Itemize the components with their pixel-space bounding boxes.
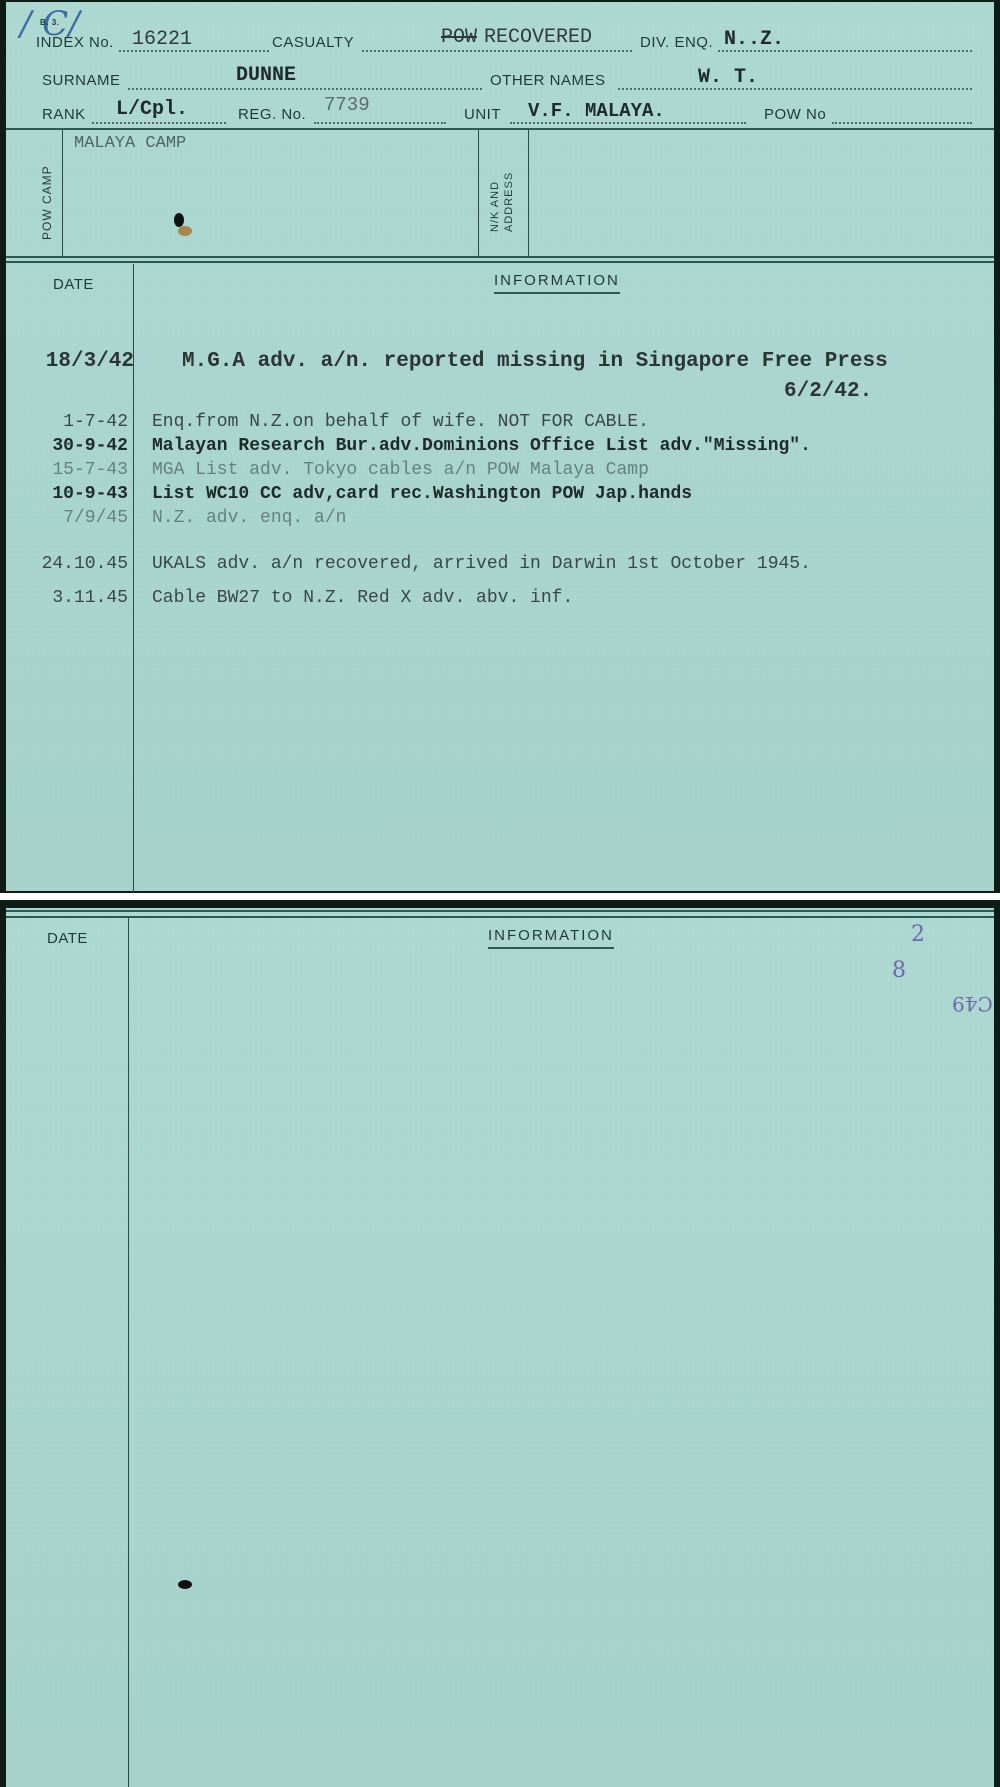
- date-column-divider: [128, 918, 129, 1787]
- date-header: DATE: [53, 276, 94, 293]
- information-entry: 10-9-43List WC10 CC adv,card rec.Washing…: [6, 484, 994, 506]
- information-entry: 15-7-43MGA List adv. Tokyo cables a/n PO…: [6, 460, 994, 482]
- information-entry: 1-7-42Enq.from N.Z.on behalf of wife. NO…: [6, 412, 994, 434]
- pow-no-dotline: [832, 122, 972, 124]
- index-no-label: INDEX No.: [36, 34, 114, 51]
- form-code: B. 3.: [40, 18, 59, 27]
- div-enq-label: DIV. ENQ.: [640, 34, 713, 51]
- unit-value: V.F. MALAYA.: [528, 100, 665, 122]
- nk-left-divider: [478, 130, 479, 256]
- pencil-mark-2: 8: [892, 958, 906, 983]
- entry-date: 10-9-43: [52, 484, 128, 504]
- double-rule-top: [6, 256, 994, 258]
- pencil-mark-3: C49: [952, 992, 993, 1016]
- index-card-front: / C/ B. 3. INDEX No. 16221 CASUALTY POW …: [0, 0, 1000, 893]
- surname-value: DUNNE: [236, 64, 296, 87]
- entry-date: 3.11.45: [52, 588, 128, 608]
- entry-date: 18/3/42: [46, 350, 134, 373]
- information-header: INFORMATION: [488, 927, 614, 944]
- entry-date: 24.10.45: [42, 554, 128, 574]
- information-entry: 3.11.45Cable BW27 to N.Z. Red X adv. abv…: [6, 588, 994, 610]
- entry-text: MGA List adv. Tokyo cables a/n POW Malay…: [152, 460, 649, 480]
- other-names-label: OTHER NAMES: [490, 72, 606, 89]
- unit-dotline: [510, 122, 746, 124]
- nk-label-line1: N/K AND: [489, 181, 501, 232]
- reg-no-dotline: [314, 122, 446, 124]
- reg-no-label: REG. No.: [238, 106, 306, 123]
- date-header: DATE: [47, 930, 88, 947]
- casualty-label: CASUALTY: [272, 34, 354, 51]
- index-card-back: DATE INFORMATION 2 8 C49: [0, 900, 1000, 1787]
- nk-label-line2: ADDRESS: [503, 172, 515, 232]
- entry-text: UKALS adv. a/n recovered, arrived in Dar…: [152, 554, 811, 574]
- entry-text: List WC10 CC adv,card rec.Washington POW…: [152, 484, 692, 504]
- header-divider: [6, 128, 994, 130]
- surname-dotline: [128, 88, 482, 90]
- entry-text: Enq.from N.Z.on behalf of wife. NOT FOR …: [152, 412, 649, 432]
- rank-value: L/Cpl.: [116, 98, 188, 121]
- other-names-dotline: [618, 88, 972, 90]
- punch-hole-mark: [174, 213, 184, 227]
- casualty-struck-value: POW: [441, 26, 477, 49]
- pow-camp-value: MALAYA CAMP: [74, 134, 186, 153]
- entry-date: 15-7-43: [52, 460, 128, 480]
- pow-no-label: POW No: [764, 106, 826, 123]
- surname-label: SURNAME: [42, 72, 121, 89]
- rank-dotline: [92, 122, 226, 124]
- other-names-value: W. T.: [698, 66, 758, 89]
- pencil-mark-1: 2: [911, 922, 925, 947]
- double-rule-top: [6, 910, 994, 912]
- unit-label: UNIT: [464, 106, 501, 123]
- index-no-value: 16221: [132, 28, 192, 51]
- entry-text: N.Z. adv. enq. a/n: [152, 508, 346, 528]
- punch-hole-mark: [178, 1580, 192, 1589]
- casualty-value: RECOVERED: [484, 26, 592, 49]
- stain-mark: [178, 226, 192, 236]
- entry-text: Malayan Research Bur.adv.Dominions Offic…: [152, 436, 811, 456]
- nk-right-divider: [528, 130, 529, 256]
- information-entry: 18/3/42M.G.A adv. a/n. reported missing …: [6, 350, 994, 372]
- entry-date: 7/9/45: [63, 508, 128, 528]
- entry-text: Cable BW27 to N.Z. Red X adv. abv. inf.: [152, 588, 573, 608]
- double-rule-bottom: [6, 261, 994, 263]
- pow-camp-divider: [62, 130, 63, 256]
- div-enq-value: N..Z.: [724, 28, 784, 51]
- pow-camp-label: POW CAMP: [40, 165, 54, 240]
- entry-continuation: 6/2/42.: [784, 380, 872, 403]
- information-entry: 7/9/45N.Z. adv. enq. a/n: [6, 508, 994, 530]
- rank-label: RANK: [42, 106, 86, 123]
- casualty-dotline: [362, 50, 632, 52]
- information-entry: 30-9-42Malayan Research Bur.adv.Dominion…: [6, 436, 994, 458]
- information-entry: 24.10.45UKALS adv. a/n recovered, arrive…: [6, 554, 994, 576]
- information-header: INFORMATION: [494, 272, 620, 289]
- entry-text: M.G.A adv. a/n. reported missing in Sing…: [182, 350, 888, 373]
- entry-date: 1-7-42: [63, 412, 128, 432]
- reg-no-value: 7739: [324, 94, 370, 116]
- double-rule-bottom: [6, 916, 994, 918]
- entry-date: 30-9-42: [52, 436, 128, 456]
